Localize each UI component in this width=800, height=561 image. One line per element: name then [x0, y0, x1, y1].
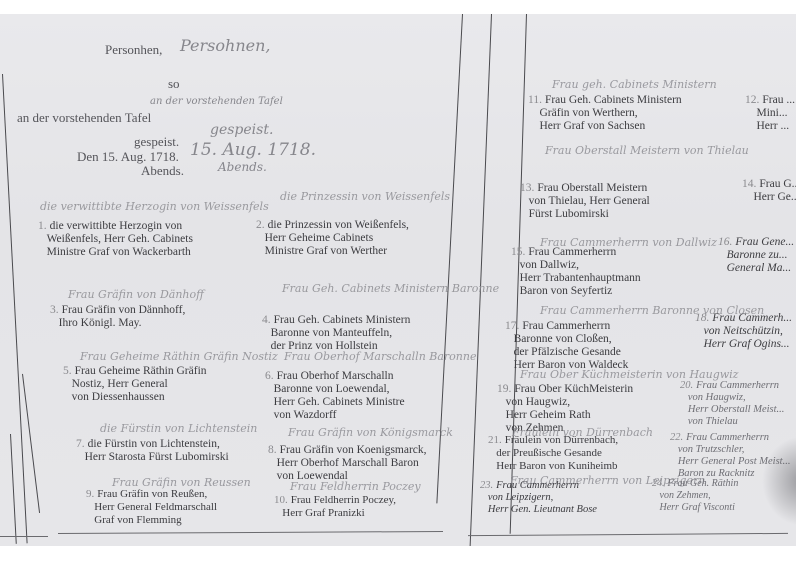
page-left-border-outer	[2, 74, 28, 543]
entry-6-handwriting: Frau Oberhof Marschalln Baronne	[284, 350, 476, 363]
entry-6: 6.Frau Oberhof Marschalln Baronne von Lo…	[265, 370, 405, 422]
entry-15: 15.Frau Cammerherrn von Dallwiz, Herr Tr…	[511, 246, 641, 298]
heading-line-2: so	[168, 76, 180, 92]
entry-1: 1.die verwittibte Herzogin von Weißenfel…	[38, 220, 193, 259]
entry-22: 22.Frau Cammerherrn von Trutzschler, Her…	[670, 432, 790, 480]
left-table-border-bottom	[58, 531, 443, 534]
entry-10-handwriting: Frau Feldherrin Poczey	[290, 480, 421, 493]
entry-14: 14.Frau G... Herr Ge...	[742, 178, 796, 204]
entry-8: 8.Frau Gräfin von Koenigsmarck, Herr Obe…	[268, 444, 427, 483]
entry-13: 13.Frau Oberstall Meistern von Thielau, …	[520, 182, 650, 221]
entry-5: 5.Frau Geheime Räthin Gräfin Nostiz, Her…	[63, 365, 207, 404]
heading-hand-3: an der vorstehenden Tafel	[150, 96, 283, 107]
scanned-document-page: Personhen, Persohnen, so an der vorstehe…	[0, 14, 796, 546]
entry-21: 21.Fräulein von Dürrenbach, der Preußisc…	[488, 434, 618, 473]
entry-9: 9.Frau Gräfin von Reußen, Herr General F…	[86, 488, 217, 527]
heading-hand-5: 15. Aug. 1718.	[190, 140, 316, 160]
entry-24: 24.Frau Geh. Räthin von Zehmen, Herr Gra…	[652, 478, 738, 514]
entry-11: 11.Frau Geh. Cabinets Ministern Gräfin v…	[528, 94, 682, 133]
entry-16: 16.Frau Gene... Baronne zu... General Ma…	[718, 236, 794, 275]
entry-2-handwriting: die Prinzessin von Weissenfels	[280, 190, 450, 203]
entry-3: 3.Frau Gräfin von Dännhoff, Ihro Königl.…	[50, 304, 185, 330]
entry-4-handwriting: Frau Geh. Cabinets Ministern Baronne	[282, 282, 499, 295]
entry-17: 17.Frau Cammerherrn Baronne von Cloßen, …	[505, 320, 628, 372]
entry-1-handwriting: die verwittibte Herzogin von Weissenfels	[40, 200, 269, 213]
entry-12: 12.Frau ... Mini... Herr ...	[745, 94, 795, 133]
entry-8-handwriting: Frau Gräfin von Königsmarck	[288, 426, 453, 439]
entry-5-handwriting: Frau Geheime Räthin Gräfin Nostiz	[80, 350, 278, 363]
heading-line-1: Personhen,	[105, 42, 162, 58]
entry-18: 18.Frau Cammerh... von Neitschützin, Her…	[695, 312, 792, 351]
entry-10: 10.Frau Feldherrin Poczey, Herr Graf Pra…	[274, 494, 396, 520]
heading-hand-6: Abends.	[218, 160, 267, 174]
heading-hand-4: gespeist.	[210, 122, 273, 138]
entry-23: 23.Frau Cammerherrn von Leipzigern, Herr…	[480, 480, 597, 516]
entry-20: 20.Frau Cammerherrn von Haugwiz, Herr Ob…	[680, 380, 784, 428]
entry-2: 2.die Prinzessin von Weißenfels, Herr Ge…	[256, 219, 409, 258]
right-table-border-bottom	[468, 533, 788, 537]
heading-hand-1: Persohnen,	[180, 36, 270, 55]
entry-3-handwriting: Frau Gräfin von Dänhoff	[68, 288, 204, 301]
entry-4: 4.Frau Geh. Cabinets Ministern Baronne v…	[262, 314, 410, 353]
heading-line-6: Abends.	[141, 163, 184, 179]
page-left-border-inner	[10, 434, 17, 544]
entry-13-handwriting: Frau Oberstall Meistern von Thielau	[545, 144, 749, 157]
entry-7: 7.die Fürstin von Lichtenstein, Herr Sta…	[76, 438, 229, 464]
entry-7-handwriting: die Fürstin von Lichtenstein	[100, 422, 257, 435]
far-left-border-bottom	[0, 536, 48, 537]
heading-line-4: gespeist.	[134, 134, 179, 150]
entry-11-handwriting: Frau geh. Cabinets Ministern	[552, 78, 717, 91]
heading-line-3: an der vorstehenden Tafel	[17, 110, 151, 126]
